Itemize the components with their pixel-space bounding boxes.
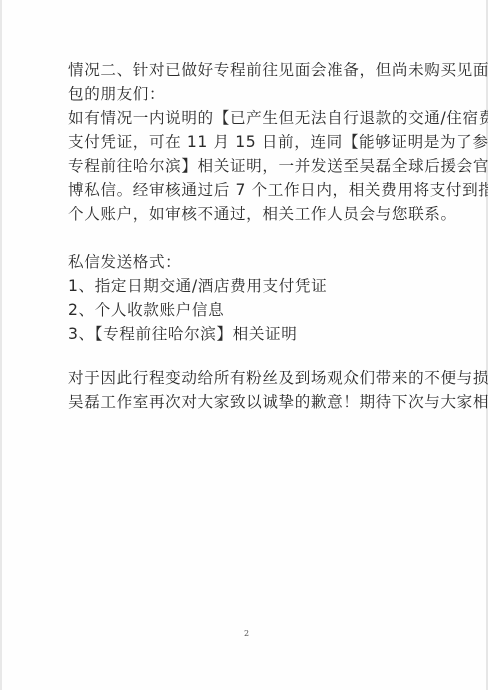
closing-line: 吴磊工作室再次对大家致以诚挚的歉意！期待下次与大家相见！ (68, 390, 488, 414)
paragraph-line: 专程前往哈尔滨】相关证明，一并发送至吴磊全球后援会官方微 (68, 154, 488, 178)
format-title: 私信发送格式： (68, 250, 181, 274)
paragraph-line: 如有情况一内说明的【已产生但无法自行退款的交通/住宿费用】 (68, 106, 488, 130)
document-page: 情况二、针对已做好专程前往见面会准备，但尚未购买见面会礼 包的朋友们： 如有情况… (0, 0, 488, 690)
paragraph-line: 情况二、针对已做好专程前往见面会准备，但尚未购买见面会礼 (68, 58, 488, 82)
format-item: 3、【专程前往哈尔滨】相关证明 (68, 322, 297, 346)
paragraph-line: 博私信。经审核通过后 7 个工作日内，相关费用将支付到指定的 (68, 178, 488, 202)
format-item: 1、指定日期交通/酒店费用支付凭证 (68, 274, 327, 298)
page-number: 2 (244, 629, 249, 638)
paragraph-line: 个人账户，如审核不通过，相关工作人员会与您联系。 (68, 202, 457, 226)
paragraph-line: 包的朋友们： (68, 82, 165, 106)
format-item: 2、个人收款账户信息 (68, 298, 224, 322)
paragraph-line: 支付凭证，可在 11 月 15 日前，连同【能够证明是为了参与活动 (68, 130, 488, 154)
closing-line: 对于因此行程变动给所有粉丝及到场观众们带来的不便与损失， (68, 366, 488, 390)
